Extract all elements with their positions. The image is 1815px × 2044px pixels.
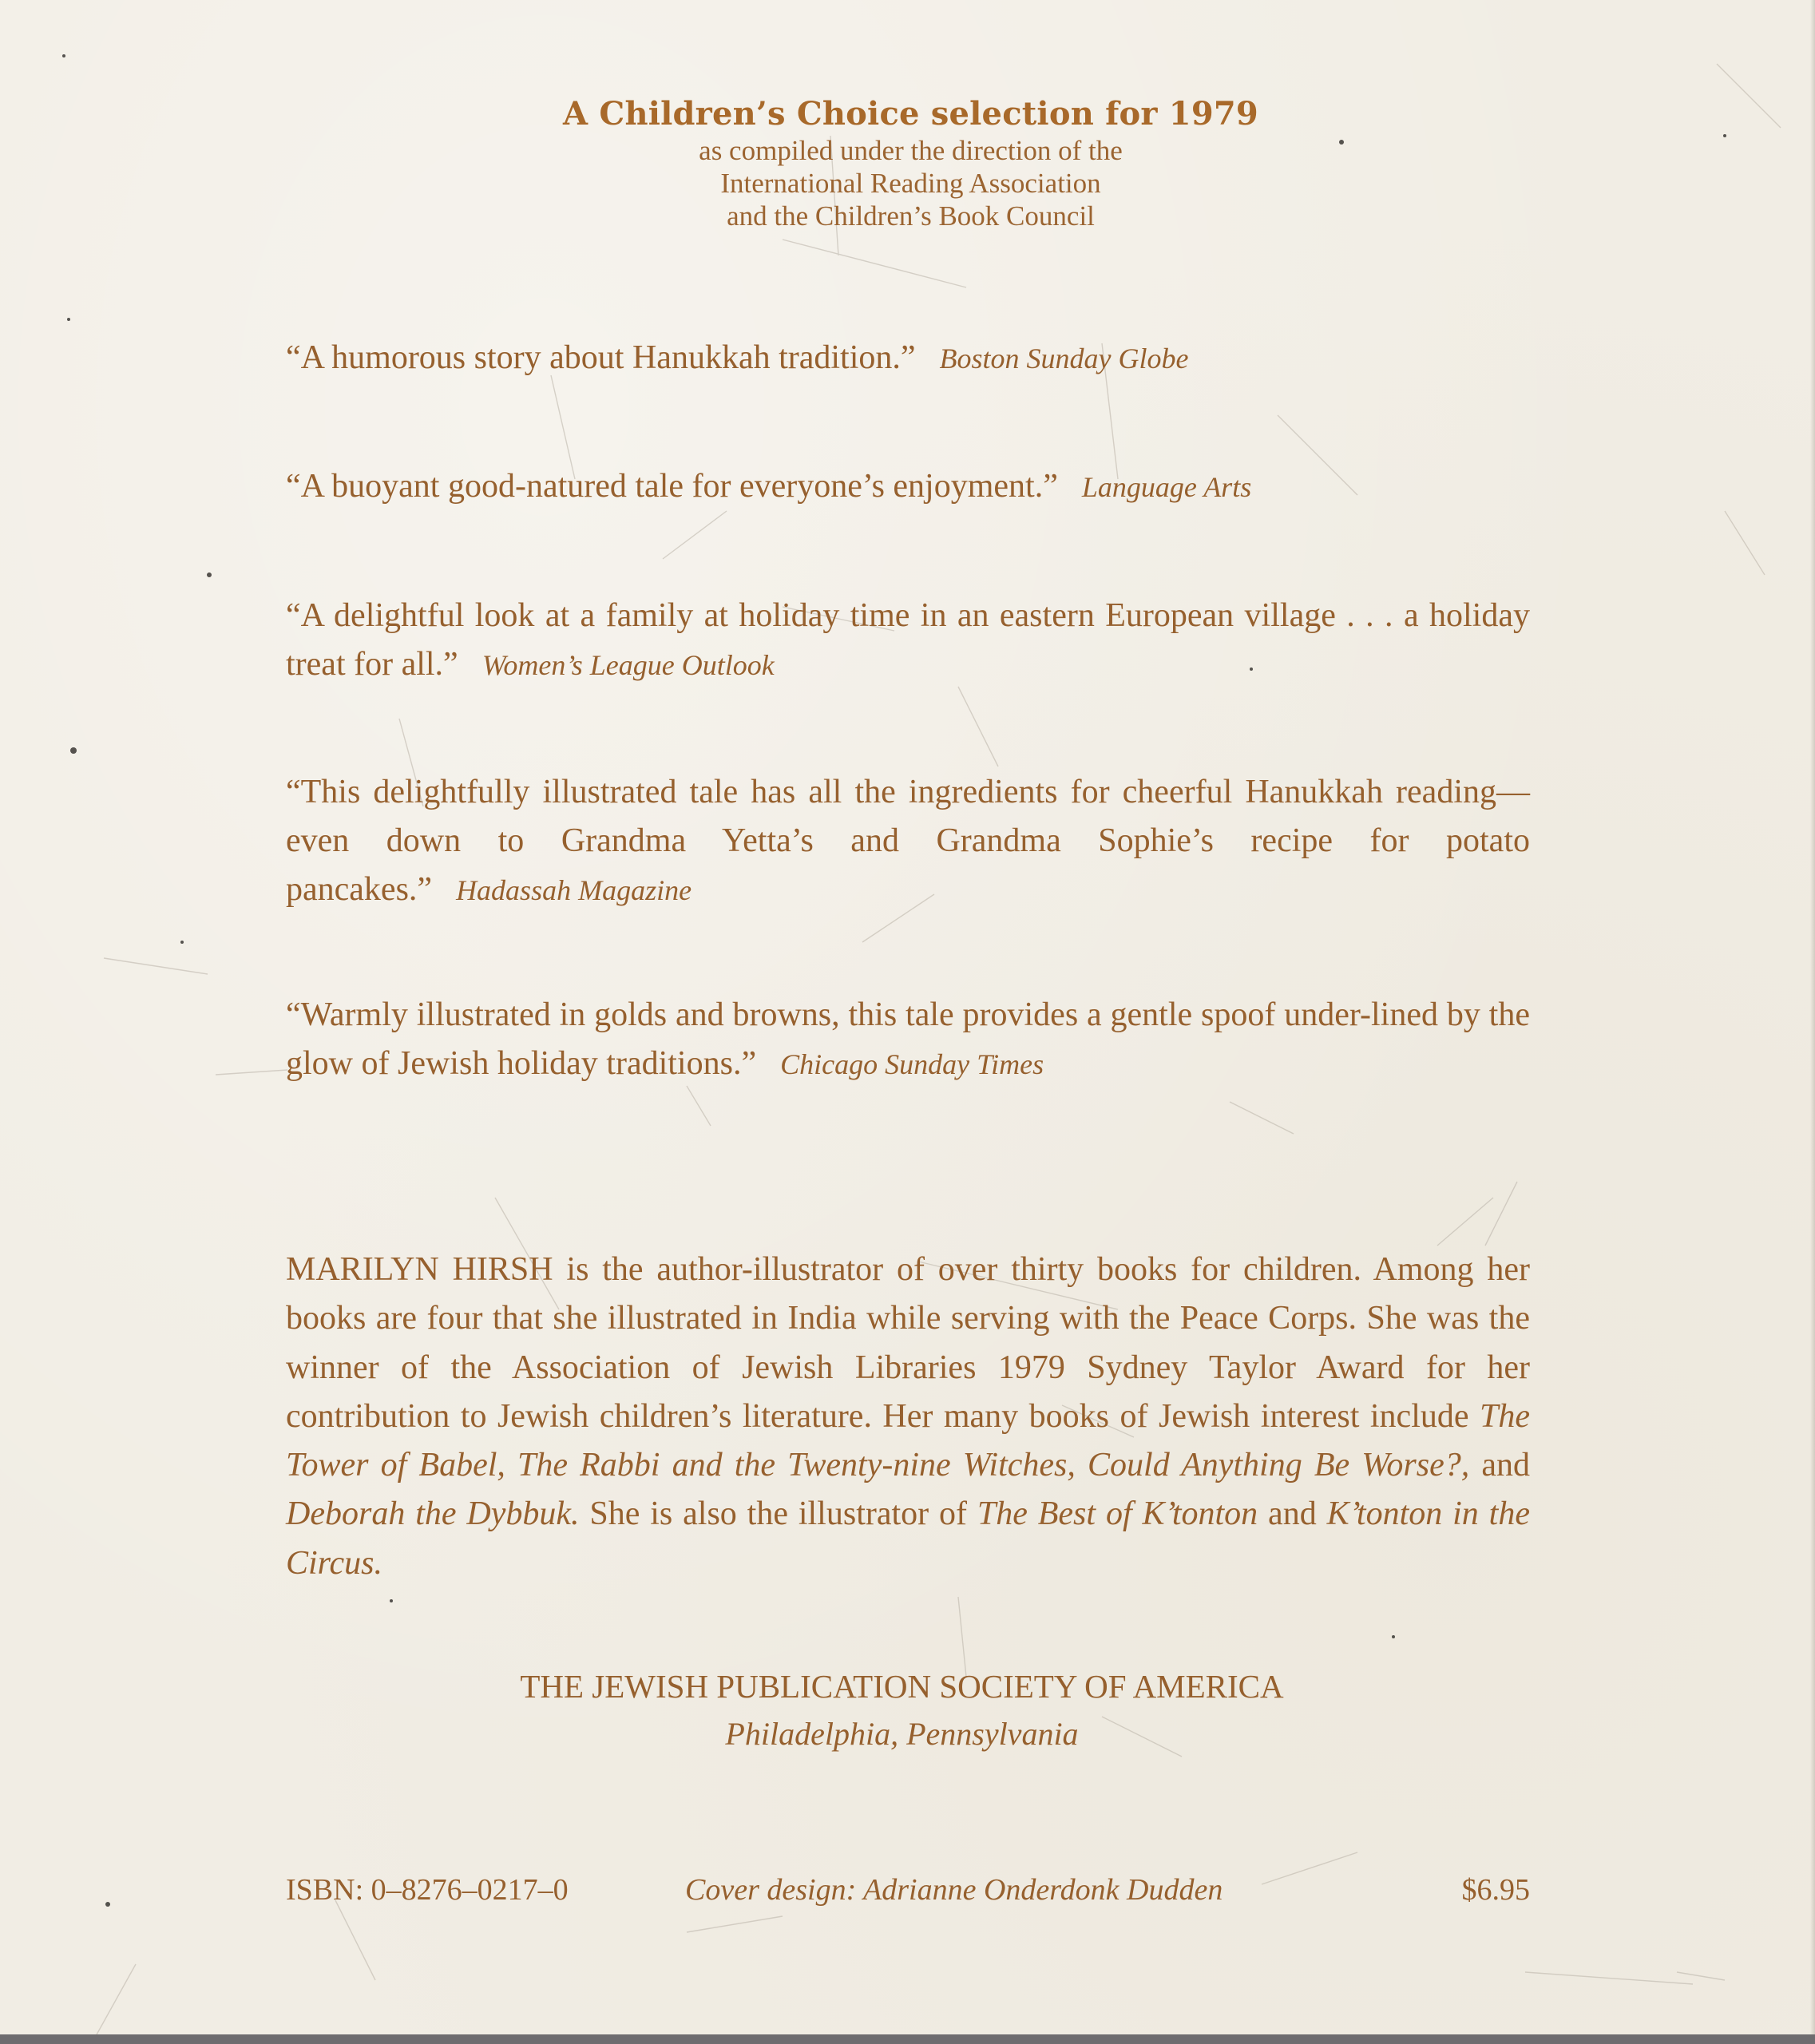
review-quote: “A delightful look at a family at holida… [286,592,1530,690]
award-header: A Children’s Choice selection for 1979 a… [3,94,1815,232]
review-quote: “This delightfully illustrated tale has … [286,768,1530,915]
review-source: Chicago Sunday Times [780,1048,1044,1080]
price: $6.95 [1462,1870,1531,1910]
review-source: Hadassah Magazine [456,874,692,906]
publisher-city: Philadelphia, Pennsylvania [0,1710,1809,1758]
isbn: ISBN: 0–8276–0217–0 [286,1870,569,1910]
scan-background-strip [0,2034,1815,2044]
award-subtitle-line-1: as compiled under the direction of the [3,134,1815,167]
bio-conjunction: and [1481,1447,1530,1483]
book-title: The Rabbi and the Twenty-nine Witches, [517,1447,1076,1483]
award-subtitle-line-3: and the Children’s Book Council [3,200,1815,232]
review-text: “A buoyant good-natured tale for everyon… [286,468,1058,505]
bio-intro: MARILYN HIRSH is the author-illustrator … [286,1251,1530,1435]
author-bio: MARILYN HIRSH is the author-illustrator … [286,1246,1530,1588]
book-title: Deborah the Dybbuk. [286,1495,580,1532]
publisher-block: THE JEWISH PUBLICATION SOCIETY OF AMERIC… [0,1662,1809,1758]
award-subtitle-line-2: International Reading Association [3,167,1815,200]
cover-design-credit: Cover design: Adrianne Onderdonk Dudden [685,1870,1223,1910]
review-source: Boston Sunday Globe [940,343,1189,374]
bio-conjunction: and [1268,1495,1317,1532]
review-quote: “A buoyant good-natured tale for everyon… [286,462,1530,512]
book-title: The Best of K’tonton [977,1495,1258,1532]
bio-illustrator-text: She is also the illustrator of [589,1495,967,1532]
cover-edge-shadow [1810,0,1815,2034]
review-text: “A delightful look at a family at holida… [286,597,1530,683]
review-quote: “A humorous story about Hanukkah traditi… [286,334,1530,383]
review-text: “A humorous story about Hanukkah traditi… [286,339,916,376]
cover-footer: ISBN: 0–8276–0217–0 Cover design: Adrian… [286,1870,1530,1910]
review-quote: “Warmly illustrated in golds and browns,… [286,991,1530,1089]
review-source: Language Arts [1082,471,1251,503]
book-title: Could Anything Be Worse?, [1088,1447,1469,1483]
award-title: A Children’s Choice selection for 1979 [3,94,1815,134]
publisher-name: THE JEWISH PUBLICATION SOCIETY OF AMERIC… [0,1662,1809,1710]
review-source: Women’s League Outlook [482,649,775,681]
